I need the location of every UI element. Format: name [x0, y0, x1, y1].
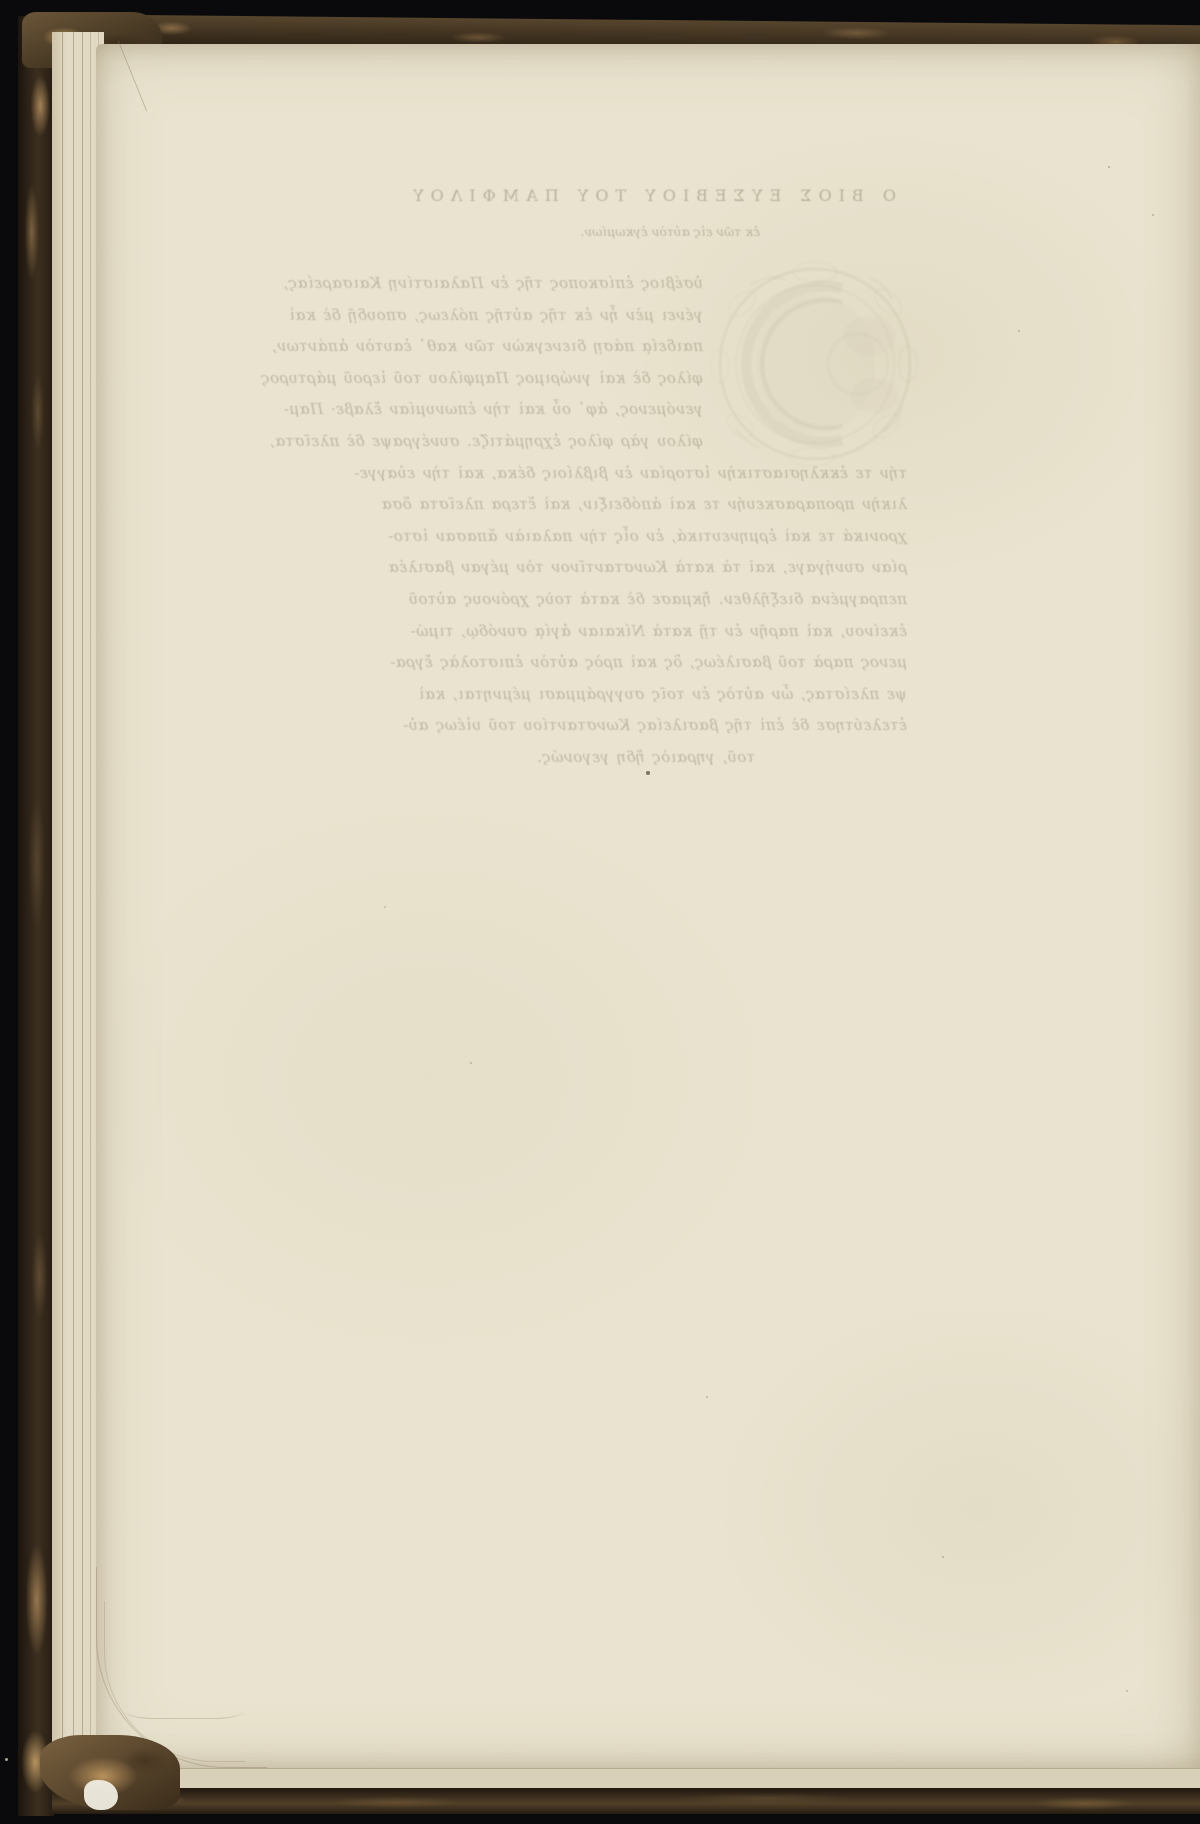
paper-crease	[118, 41, 147, 112]
showthrough-line: ἐκείνου, καὶ παρῆν ἐν τῇ κατὰ Νίκαιαν ἁγ…	[355, 622, 907, 644]
showthrough-subtitle: ἐκ τῶν εἰς αὐτὸν ἐγκωμίων.	[575, 224, 760, 239]
showthrough-line: γένει μὲν ἦν ἐκ τῆς αὐτῆς πόλεως, σπουδῇ…	[355, 306, 703, 328]
paper-speck	[384, 906, 386, 908]
showthrough-line: φίλου γὰρ φίλος ἐχρημάτιζε. συνέγραψε δὲ…	[355, 432, 703, 454]
showthrough-title: Ο ΒΙΟΣ ΕΥΣΕΒΙΟΥ ΤΟΥ ΠΑΜΦΙΛΟΥ	[408, 186, 896, 212]
showthrough-line: χρονικά τε καὶ ἑρμηνευτικά, ἐν οἷς τὴν π…	[355, 527, 907, 549]
showthrough-initial-ornament-icon	[690, 256, 935, 471]
showthrough-line: ἐτελεύτησε δὲ ἐπὶ τῆς βασιλείας Κωνσταντ…	[355, 716, 907, 738]
showthrough-line: ρίαν συνήγαγε, καὶ τὰ κατὰ Κωνσταντῖνον …	[355, 558, 907, 580]
paper-speck	[942, 1556, 944, 1558]
torn-paper-sliver	[84, 1780, 118, 1810]
paper-speck	[1126, 1690, 1128, 1692]
showthrough-line: γενόμενος, ἀφ᾽ οὗ καὶ τὴν ἐπωνυμίαν ἔλαβ…	[355, 400, 703, 422]
leaf-edge-line	[73, 32, 74, 1790]
showthrough-line: παιδείᾳ πάσῃ διενεγκὼν τῶν καθ᾽ ἑαυτὸν ἁ…	[355, 337, 703, 359]
paper-speck	[646, 771, 650, 775]
showthrough-line: τοῦ, γηραιὸς ἤδη γεγονώς.	[355, 748, 755, 770]
book-cover-bottom-edge	[52, 1788, 1200, 1814]
showthrough-line: φίλος δὲ καὶ γνώριμος Παμφίλου τοῦ ἱεροῦ…	[355, 369, 703, 391]
showthrough-line: ὐσέβιος ἐπίσκοπος τῆς ἐν Παλαιστίνῃ Καισ…	[355, 274, 703, 296]
dust-fleck	[5, 1758, 8, 1761]
paper-crease	[124, 1702, 244, 1719]
book-page-blank-verso: Ο ΒΙΟΣ ΕΥΣΕΒΙΟΥ ΤΟΥ ΠΑΜΦΙΛΟΥ ἐκ τῶν εἰς …	[96, 44, 1200, 1768]
paper-speck	[706, 1396, 708, 1398]
showthrough-line: λικὴν προπαρασκευήν τε καὶ ἀπόδειξιν, κα…	[355, 495, 907, 517]
book-spine-edge	[18, 16, 54, 1816]
showthrough-line: πεπραγμένα διεξῆλθεν. ἤκμασε δὲ κατὰ τοὺ…	[355, 590, 907, 612]
paper-speck	[1108, 166, 1110, 168]
leaf-edge-line	[90, 32, 91, 1790]
showthrough-line: τήν τε ἐκκλησιαστικὴν ἱστορίαν ἐν βιβλίο…	[355, 464, 907, 486]
book-scan: Ο ΒΙΟΣ ΕΥΣΕΒΙΟΥ ΤΟΥ ΠΑΜΦΙΛΟΥ ἐκ τῶν εἰς …	[0, 0, 1200, 1824]
showthrough-line: μενος παρὰ τοῦ βασιλέως, ὃς καὶ πρὸς αὐτ…	[355, 653, 907, 675]
leaf-edge-line	[82, 32, 83, 1790]
showthrough-line: ψε πλείστας, ὧν αὐτὸς ἐν τοῖς συγγράμμασ…	[355, 685, 907, 707]
leaf-edge-line	[62, 32, 63, 1790]
paper-speck	[1018, 330, 1020, 332]
paper-speck	[470, 1062, 472, 1064]
paper-speck	[1152, 214, 1154, 216]
